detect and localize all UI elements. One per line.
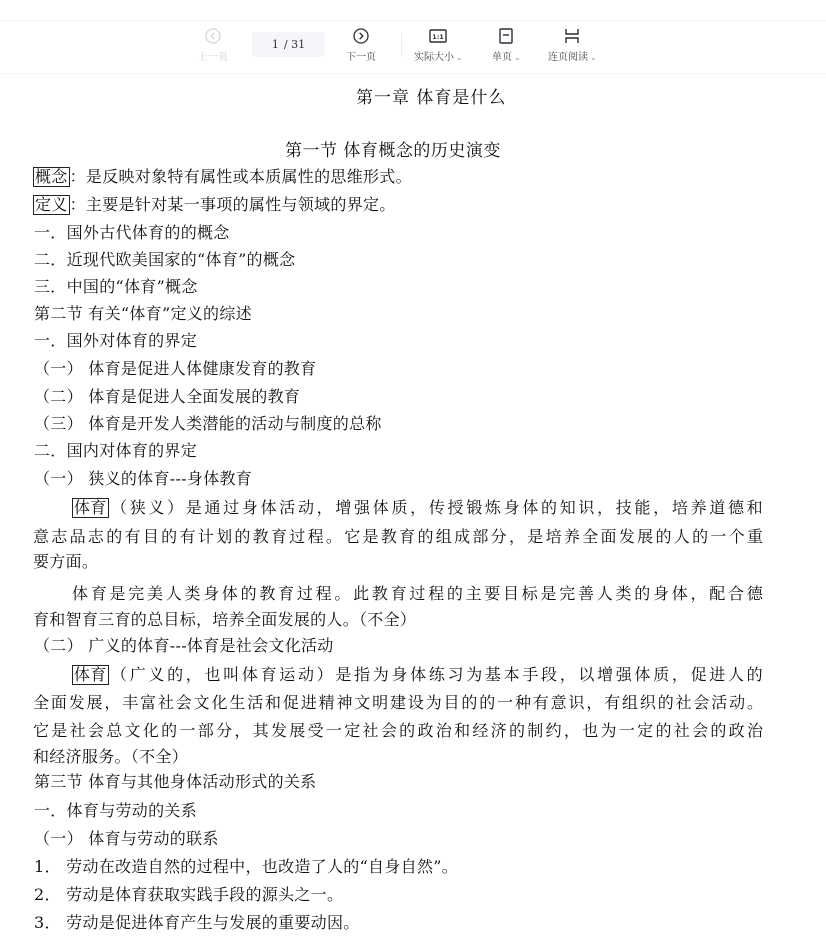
chevron-down-icon: ⌄	[590, 53, 597, 62]
toolbar-divider	[401, 33, 402, 57]
paragraph-line: 体育是完美人类身体的教育过程。此教育过程的主要目标是完善人类的身体，配合德	[72, 584, 763, 604]
boxed-term: 体育	[72, 665, 109, 685]
paragraph-line: 体育（广义的，也叫体育运动）是指为身体练习为基本手段，以增强体质，促进人的	[72, 665, 763, 685]
document-page: 第一章 体育是什么 第一节 体育概念的历史演变 概念：是反映对象特有属性或本质属…	[0, 0, 826, 940]
list-item: 3． 劳动是促进体育产生与发展的重要动因。	[34, 913, 360, 933]
boxed-term: 概念	[33, 167, 70, 187]
chevron-right-circle-icon	[353, 27, 369, 45]
list-item: （一） 体育是促进人体健康发育的教育	[34, 359, 317, 379]
list-item: 1． 劳动在改造自然的过程中，也改造了人的“自身自然”。	[34, 857, 458, 877]
paragraph-line: 育和智育三育的总目标，培养全面发展的人。（不全）	[33, 610, 416, 630]
actual-size-label: 实际大小	[414, 52, 454, 63]
reader-toolbar: 上一页 1 / 31 下一页 1:1 实际大小⌄ 单页⌄ 连页阅读⌄	[0, 20, 826, 74]
continuous-reading-label: 连页阅读	[548, 52, 588, 63]
prev-page-label: 上一页	[198, 48, 228, 63]
continuous-reading-button[interactable]: 连页阅读⌄	[548, 27, 597, 63]
subheading: （二） 广义的体育---体育是社会文化活动	[34, 636, 334, 656]
single-page-label: 单页	[492, 52, 512, 63]
list-item: 一．国外对体育的界定	[34, 331, 197, 351]
total-pages: / 31	[284, 38, 305, 51]
next-page-label: 下一页	[346, 48, 376, 63]
chevron-down-icon: ⌄	[456, 53, 463, 62]
paragraph-line: 它是社会总文化的一部分，其发展受一定社会的政治和经济的制约，也为一定的社会的政治	[33, 721, 763, 741]
list-item: 二．国内对体育的界定	[34, 441, 197, 461]
chapter-title: 第一章 体育是什么	[356, 88, 506, 108]
section-title: 第三节 体育与其他身体活动形式的关系	[34, 772, 317, 792]
list-item: （三） 体育是开发人类潜能的活动与制度的总称	[34, 414, 382, 434]
subheading: （一） 狭义的体育---身体教育	[34, 469, 252, 489]
subheading: （一） 体育与劳动的联系	[34, 829, 219, 849]
boxed-term: 定义	[33, 195, 70, 215]
continuous-scroll-icon	[564, 27, 580, 45]
list-item: 2． 劳动是体育获取实践手段的源头之一。	[34, 885, 343, 905]
list-item: 一．国外古代体育的的概念	[34, 223, 230, 243]
definition-concept: 概念：是反映对象特有属性或本质属性的思维形式。	[33, 167, 412, 187]
list-item: 三．中国的“体育”概念	[34, 277, 198, 297]
current-page[interactable]: 1	[272, 38, 279, 51]
paragraph-line: 和经济服务。（不全）	[33, 747, 188, 767]
one-to-one-icon: 1:1	[429, 27, 447, 45]
paragraph-line: 体育（狭义）是通过身体活动，增强体质，传授锻炼身体的知识，技能，培养道德和	[72, 498, 763, 518]
definition-definition: 定义：主要是针对某一事项的属性与领域的界定。	[33, 195, 396, 215]
next-page-button[interactable]: 下一页	[346, 27, 376, 63]
prev-page-button[interactable]: 上一页	[198, 27, 228, 63]
page-indicator[interactable]: 1 / 31	[252, 32, 325, 57]
chevron-down-icon: ⌄	[514, 53, 521, 62]
boxed-term: 体育	[72, 498, 109, 518]
section-title: 第二节 有关“体育”定义的综述	[34, 304, 252, 324]
single-page-button[interactable]: 单页⌄	[492, 27, 521, 63]
list-item: 一．体育与劳动的关系	[34, 801, 197, 821]
chevron-left-circle-icon	[205, 27, 221, 45]
paragraph-line: 意志品志的有目的有计划的教育过程。它是教育的组成部分，是培养全面发展的人的一个重	[33, 527, 763, 547]
list-item: 二．近现代欧美国家的“体育”的概念	[34, 250, 295, 270]
actual-size-button[interactable]: 1:1 实际大小⌄	[414, 27, 463, 63]
paragraph-line: 全面发展，丰富社会文化生活和促进精神文明建设为目的的一种有意识，有组织的社会活动…	[33, 693, 763, 713]
single-page-icon	[499, 27, 513, 45]
paragraph-line: 要方面。	[33, 552, 98, 572]
list-item: （二） 体育是促进人全面发展的教育	[34, 387, 300, 407]
section-title: 第一节 体育概念的历史演变	[285, 141, 501, 161]
svg-text:1:1: 1:1	[433, 33, 445, 41]
